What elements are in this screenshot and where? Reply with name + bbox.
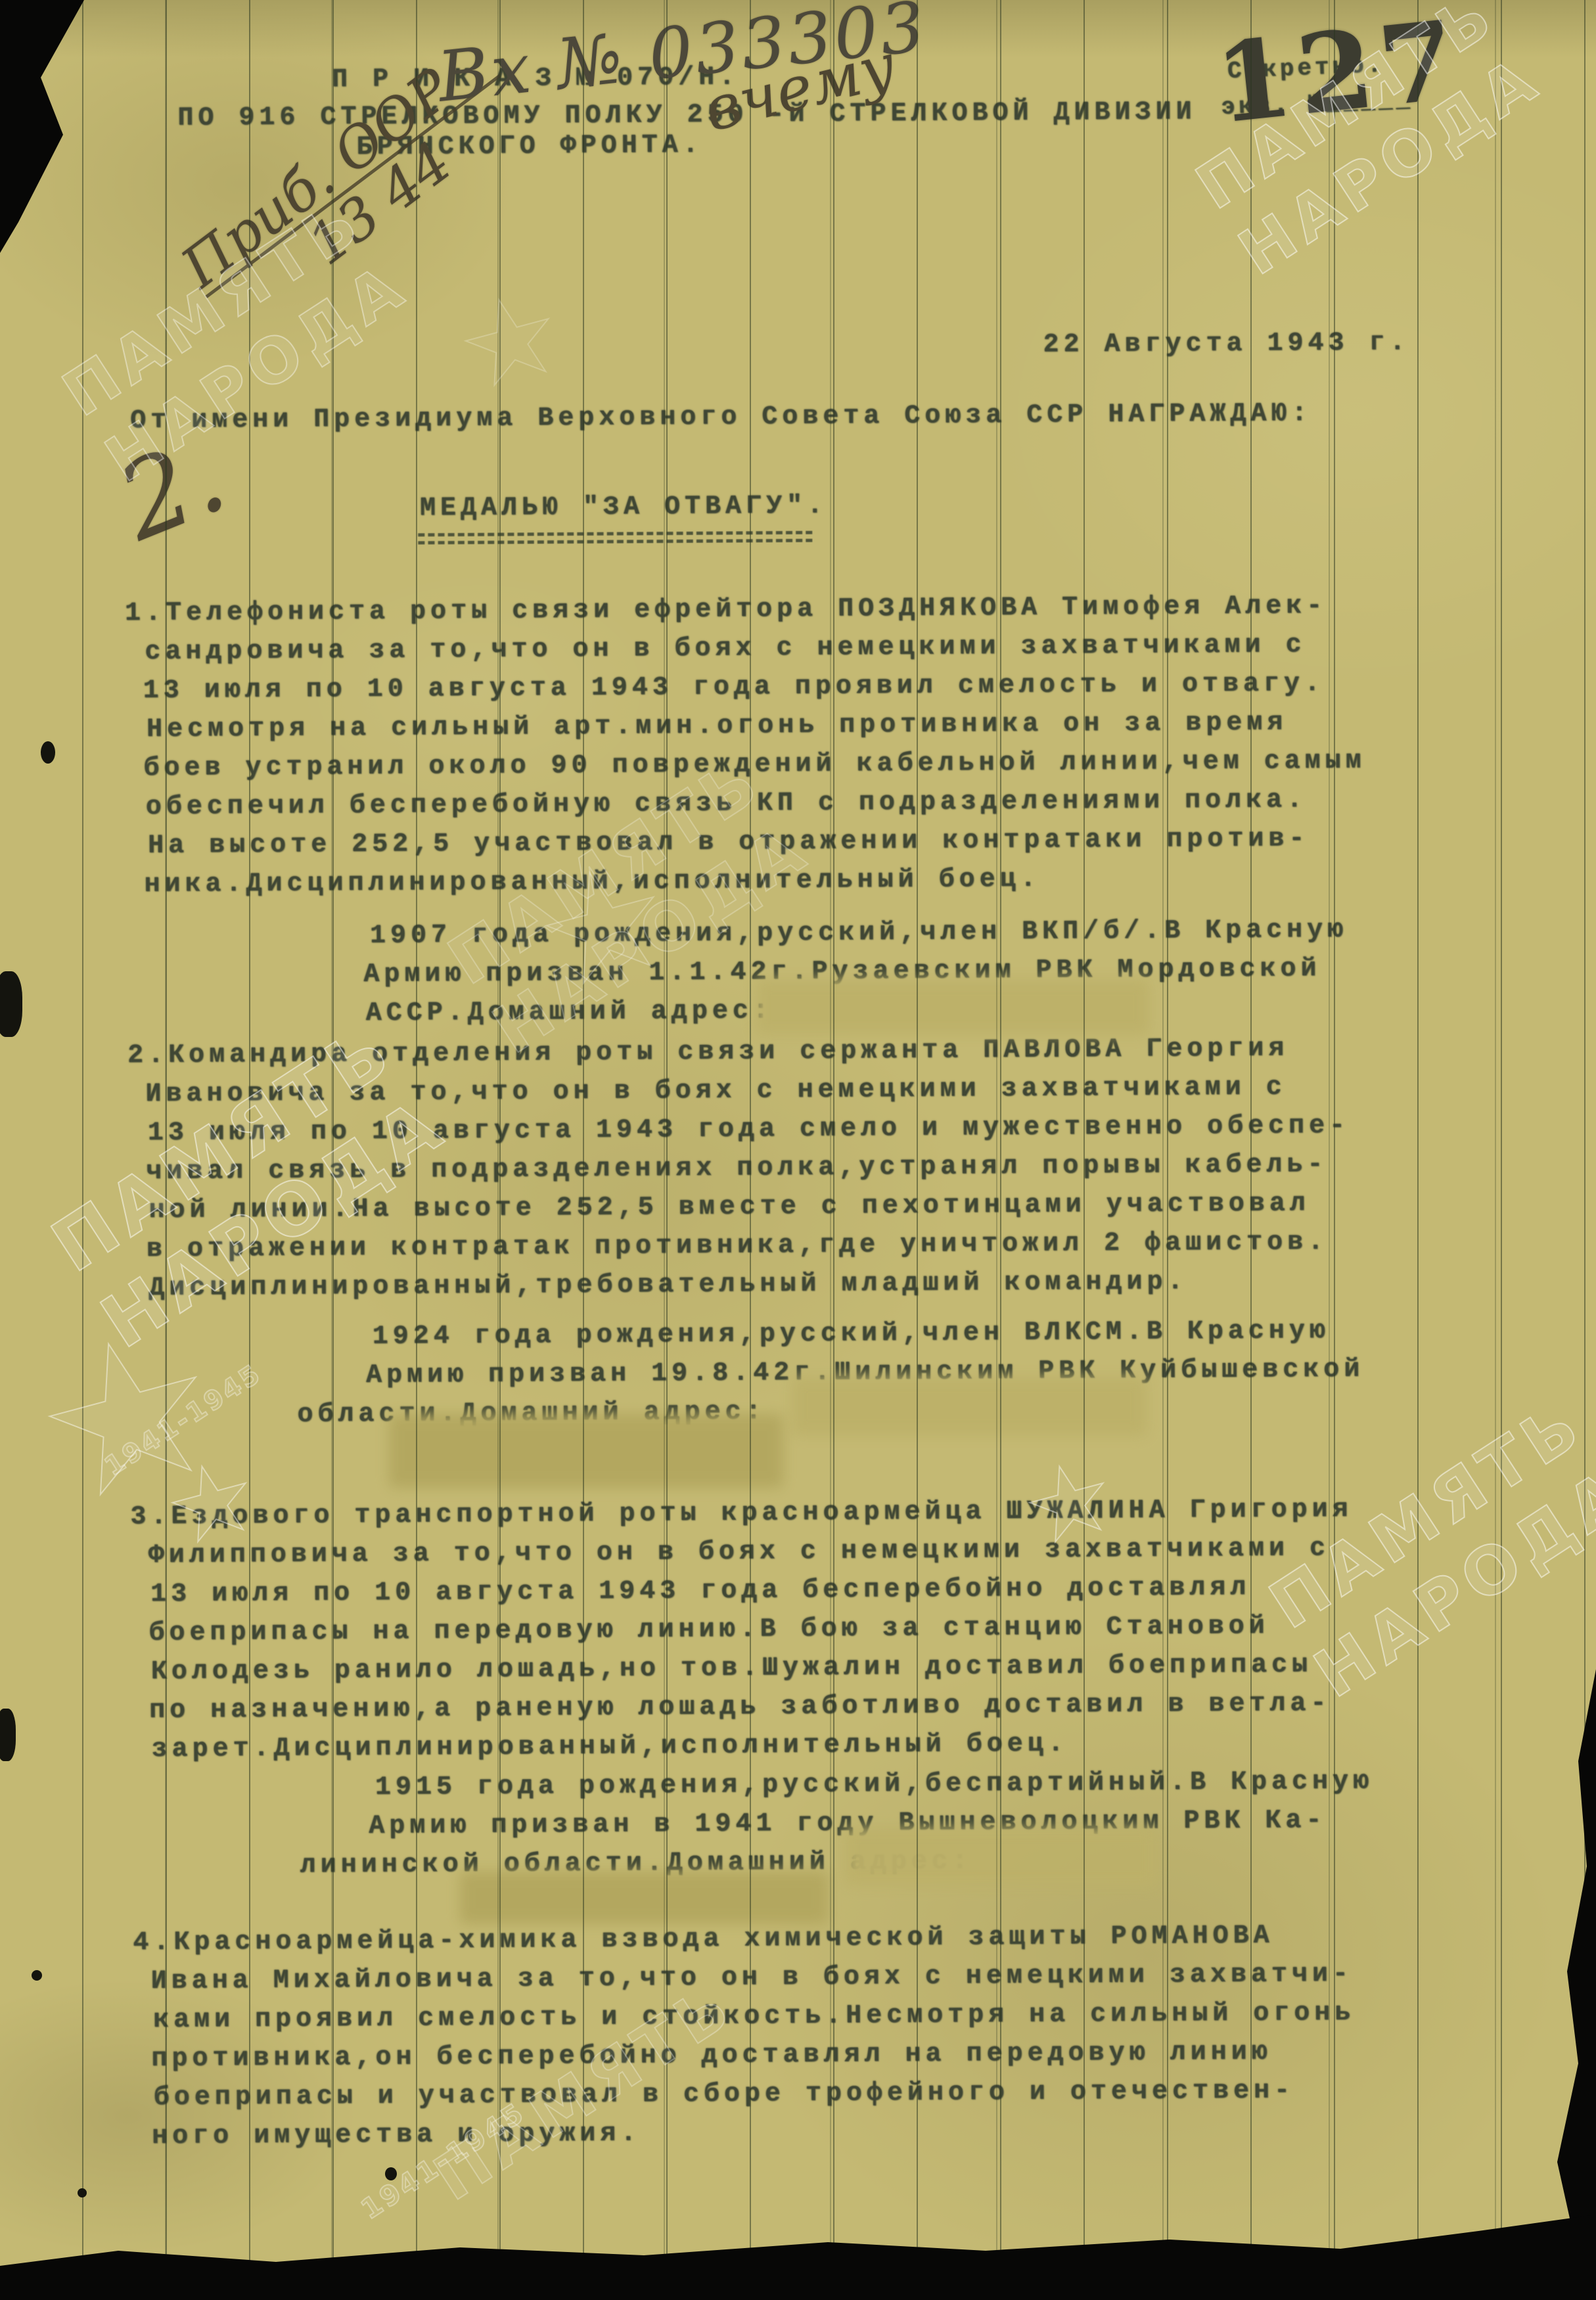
typed-line: в отражении контратак противника,где уни… [147,1228,1328,1264]
typed-line: ной линии.На высоте 252,5 вместе с пехот… [148,1189,1310,1226]
preamble: От имени Президиума Верховного Совета Со… [130,399,1311,436]
handwritten-page-number: 127 [1210,0,1468,148]
ink-speck [78,2188,87,2197]
typed-line: сандровича за то,что он в боях с немецки… [145,630,1306,667]
ink-speck [0,1709,16,1761]
typed-line: 4.Красноармейца-химика взвода химической… [133,1921,1273,1958]
redaction-blur [844,1828,1156,1886]
typed-line: 3.Ездового транспортной роты красноармей… [130,1495,1352,1532]
typed-line: Дисциплинированный,требовательный младши… [148,1267,1187,1303]
typed-line: ника.Дисциплинированный,исполнительный б… [144,865,1040,900]
typed-line: боев устранил около 90 повреждений кабел… [143,747,1365,783]
typed-line: На высоте 252,5 участвовал в отражении к… [148,824,1309,861]
typed-line: Ивановича за то,что он в боях с немецким… [145,1072,1286,1109]
typed-line: по назначению,а раненую лошадь заботливо… [149,1689,1331,1726]
typed-line: Ивана Михайловича за то,что он в боях с … [151,1960,1353,1996]
typed-line: ками проявил смелость и стойкость.Несмот… [153,1998,1355,2035]
award-underline [418,531,812,537]
typed-line: Несмотря на сильный арт.мин.огонь против… [147,708,1287,745]
bio-line: 1924 года рождения,русский,член ВЛКСМ.В … [373,1316,1330,1352]
ink-speck [41,741,55,764]
typed-line: Филипповича за то,что он в боях с немецк… [148,1534,1330,1571]
ink-speck [0,971,22,1037]
typed-line: боеприпасы на передовую линию.В бою за с… [148,1612,1269,1648]
typed-line: 1.Телефониста роты связи ефрейтора ПОЗДН… [125,591,1327,628]
typed-line: 13 июля по 10 августа 1943 года беспереб… [150,1573,1250,1609]
typed-line: противника,он бесперебойно доставлял на … [151,2038,1271,2074]
typed-line: 13 июля по 10 августа 1943 года смело и … [148,1111,1350,1148]
award-heading: МЕДАЛЬЮ "ЗА ОТВАГУ". [420,492,827,524]
typed-line: боеприпасы и участвовал в сборе трофейно… [154,2076,1294,2113]
ink-speck [385,2167,397,2180]
redaction-blur [756,979,1150,1035]
typed-content: Секретно. экз. №_____ П Р И К А З № 070/… [0,0,1596,2300]
redaction-blur [460,1872,828,1924]
ink-speck [32,1970,42,1981]
bio-line: 1907 года рождения,русский,член ВКП/б/.В… [370,915,1348,951]
award-underline [418,539,812,545]
typed-line: Колодезь ранило лошадь,но тов.Шужалин до… [151,1650,1312,1687]
typed-line: обеспечил бесперебойную связь КП с подра… [146,785,1307,822]
typed-line: 13 июля по 10 августа 1943 года проявил … [143,669,1325,706]
typed-line: ного имущества и оружия. [152,2119,641,2151]
typed-line: чивал связь в подразделениях полка,устра… [146,1150,1327,1187]
scanned-document-page: Секретно. экз. №_____ П Р И К А З № 070/… [0,0,1596,2300]
order-date: 22 Августа 1943 г. [1043,328,1409,359]
redaction-blur [389,1414,783,1488]
typed-line: зарет.Дисциплинированный,исполнительный … [151,1730,1068,1765]
bio-line: АССР.Домашний адрес: [366,996,773,1028]
redaction-blur [792,1377,1147,1436]
bio-line: 1915 года рождения,русский,беспартийный.… [375,1767,1373,1803]
typed-line: 2.Командира отделения роты связи сержант… [127,1034,1288,1070]
